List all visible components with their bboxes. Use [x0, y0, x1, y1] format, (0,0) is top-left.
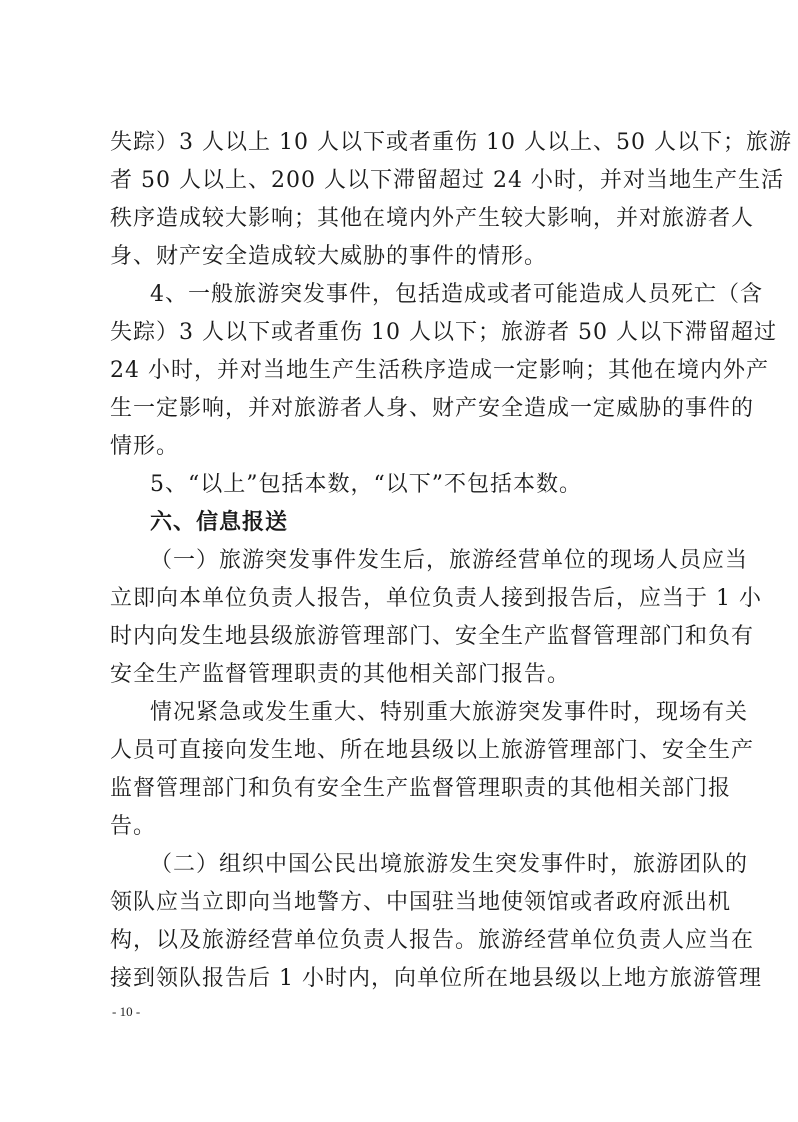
text-line: 监督管理部门和负有安全生产监督管理职责的其他相关部门报	[110, 774, 700, 804]
document-page: 失踪）3 人以上 10 人以下或者重伤 10 人以上、50 人以下；旅游者 50…	[0, 0, 798, 1122]
text-line: （一）旅游突发事件发生后，旅游经营单位的现场人员应当	[150, 546, 700, 576]
text-line: 秩序造成较大影响；其他在境内外产生较大影响，并对旅游者人	[110, 204, 700, 234]
section-heading: 六、信息报送	[150, 508, 700, 538]
text-line: 领队应当立即向当地警方、中国驻当地使领馆或者政府派出机	[110, 888, 700, 918]
text-line: 立即向本单位负责人报告，单位负责人接到报告后，应当于 1 小	[110, 584, 700, 614]
text-line: 告。	[110, 812, 700, 842]
page-number: - 10 -	[112, 1004, 140, 1020]
text-line: 生一定影响，并对旅游者人身、财产安全造成一定威胁的事件的	[110, 394, 700, 424]
text-line: 5、“以上”包括本数，“以下”不包括本数。	[150, 470, 700, 500]
text-line: 情况紧急或发生重大、特别重大旅游突发事件时，现场有关	[150, 698, 700, 728]
text-line: 时内向发生地县级旅游管理部门、安全生产监督管理部门和负有	[110, 622, 700, 652]
text-line: 失踪）3 人以上 10 人以下或者重伤 10 人以上、50 人以下；旅游	[110, 128, 700, 158]
text-line: 失踪）3 人以下或者重伤 10 人以下；旅游者 50 人以下滞留超过	[110, 318, 700, 348]
text-line: 身、财产安全造成较大威胁的事件的情形。	[110, 242, 700, 272]
text-line: 者 50 人以上、200 人以下滞留超过 24 小时，并对当地生产生活	[110, 166, 700, 196]
text-line: 安全生产监督管理职责的其他相关部门报告。	[110, 660, 700, 690]
text-line: （二）组织中国公民出境旅游发生突发事件时，旅游团队的	[150, 850, 700, 880]
text-line: 构，以及旅游经营单位负责人报告。旅游经营单位负责人应当在	[110, 926, 700, 956]
text-line: 情形。	[110, 432, 700, 462]
text-line: 人员可直接向发生地、所在地县级以上旅游管理部门、安全生产	[110, 736, 700, 766]
text-line: 接到领队报告后 1 小时内，向单位所在地县级以上地方旅游管理	[110, 964, 700, 994]
text-line: 4、一般旅游突发事件，包括造成或者可能造成人员死亡（含	[150, 280, 700, 310]
text-line: 24 小时，并对当地生产生活秩序造成一定影响；其他在境内外产	[110, 356, 700, 386]
